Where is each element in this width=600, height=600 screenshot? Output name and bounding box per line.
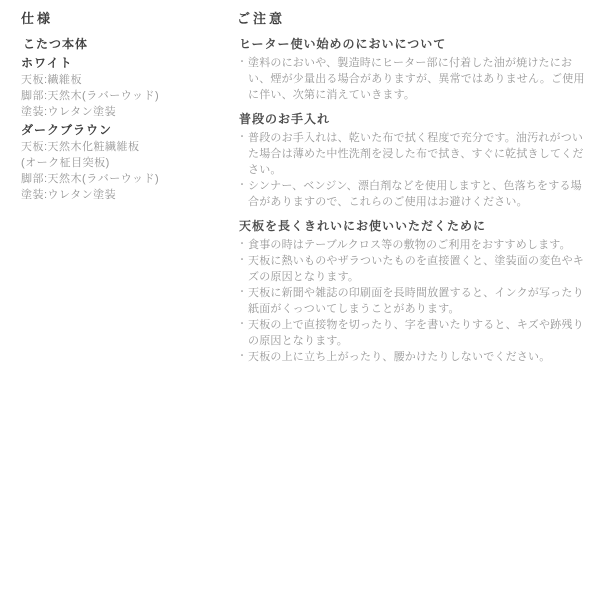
- bullet-text: 天板に新聞や雑誌の印刷面を長時間放置すると、インクが写ったり紙面がくっついてしま…: [248, 285, 585, 317]
- bullet-marker: ・: [237, 237, 248, 253]
- bullet-text: 天板の上で直接物を切ったり、字を書いたりすると、キズや跡残りの原因となります。: [248, 317, 585, 349]
- spec-section: 仕様 こたつ本体 ホワイト 天板:繊維板 脚部:天然木(ラバーウッド) 塗装:ウ…: [21, 11, 226, 203]
- product-notes-page: 仕様 こたつ本体 ホワイト 天板:繊維板 脚部:天然木(ラバーウッド) 塗装:ウ…: [0, 0, 600, 600]
- bullet-item: ・ 天板に新聞や雑誌の印刷面を長時間放置すると、インクが写ったり紙面がくっついて…: [237, 285, 585, 317]
- bullet-marker: ・: [237, 130, 248, 146]
- spec-line: 塗装:ウレタン塗装: [21, 187, 226, 203]
- bullet-marker: ・: [237, 55, 248, 71]
- notice-title: ご注意: [237, 11, 585, 27]
- bullet-item: ・ 塗料のにおいや、製造時にヒーター部に付着した油が焼けたにおい、煙が少量出る場…: [237, 55, 585, 103]
- bullet-item: ・ 天板の上に立ち上がったり、腰かけたりしないでください。: [237, 349, 585, 365]
- bullet-item: ・ 天板の上で直接物を切ったり、字を書いたりすると、キズや跡残りの原因となります…: [237, 317, 585, 349]
- bullet-marker: ・: [237, 178, 248, 194]
- spec-line: 塗装:ウレタン塗装: [21, 104, 226, 120]
- spec-product-name: こたつ本体: [23, 36, 226, 52]
- variant-name-white: ホワイト: [21, 55, 226, 71]
- spec-line: (オーク柾目突板): [21, 155, 226, 171]
- notice-heading-daily-care: 普段のお手入れ: [239, 111, 585, 127]
- bullet-text: 天板に熱いものやザラついたものを直接置くと、塗装面の変色やキズの原因となります。: [248, 253, 585, 285]
- notice-heading-tabletop-care: 天板を長くきれいにお使いいただくために: [239, 218, 585, 234]
- bullet-text: 食事の時はテーブルクロス等の敷物のご利用をおすすめします。: [248, 237, 585, 253]
- spec-line: 脚部:天然木(ラバーウッド): [21, 88, 226, 104]
- bullet-item: ・ 食事の時はテーブルクロス等の敷物のご利用をおすすめします。: [237, 237, 585, 253]
- bullet-marker: ・: [237, 349, 248, 365]
- notice-heading-heater-smell: ヒーター使い始めのにおいについて: [239, 36, 585, 52]
- spec-line: 天板:天然木化粧繊維板: [21, 139, 226, 155]
- bullet-item: ・ シンナー、ベンジン、漂白剤などを使用しますと、色落ちをする場合がありますので…: [237, 178, 585, 210]
- bullet-text: 普段のお手入れは、乾いた布で拭く程度で充分です。油汚れがついた場合は薄めた中性洗…: [248, 130, 585, 178]
- bullet-text: シンナー、ベンジン、漂白剤などを使用しますと、色落ちをする場合がありますので、こ…: [248, 178, 585, 210]
- bullet-text: 天板の上に立ち上がったり、腰かけたりしないでください。: [248, 349, 585, 365]
- bullet-marker: ・: [237, 253, 248, 269]
- spec-line: 天板:繊維板: [21, 72, 226, 88]
- bullet-marker: ・: [237, 285, 248, 301]
- spec-title: 仕様: [21, 11, 226, 27]
- variant-name-darkbrown: ダークブラウン: [21, 122, 226, 138]
- bullet-text: 塗料のにおいや、製造時にヒーター部に付着した油が焼けたにおい、煙が少量出る場合が…: [248, 55, 585, 103]
- bullet-item: ・ 天板に熱いものやザラついたものを直接置くと、塗装面の変色やキズの原因となりま…: [237, 253, 585, 285]
- notice-section: ご注意 ヒーター使い始めのにおいについて ・ 塗料のにおいや、製造時にヒーター部…: [237, 11, 585, 365]
- bullet-marker: ・: [237, 317, 248, 333]
- spec-line: 脚部:天然木(ラバーウッド): [21, 171, 226, 187]
- bullet-item: ・ 普段のお手入れは、乾いた布で拭く程度で充分です。油汚れがついた場合は薄めた中…: [237, 130, 585, 178]
